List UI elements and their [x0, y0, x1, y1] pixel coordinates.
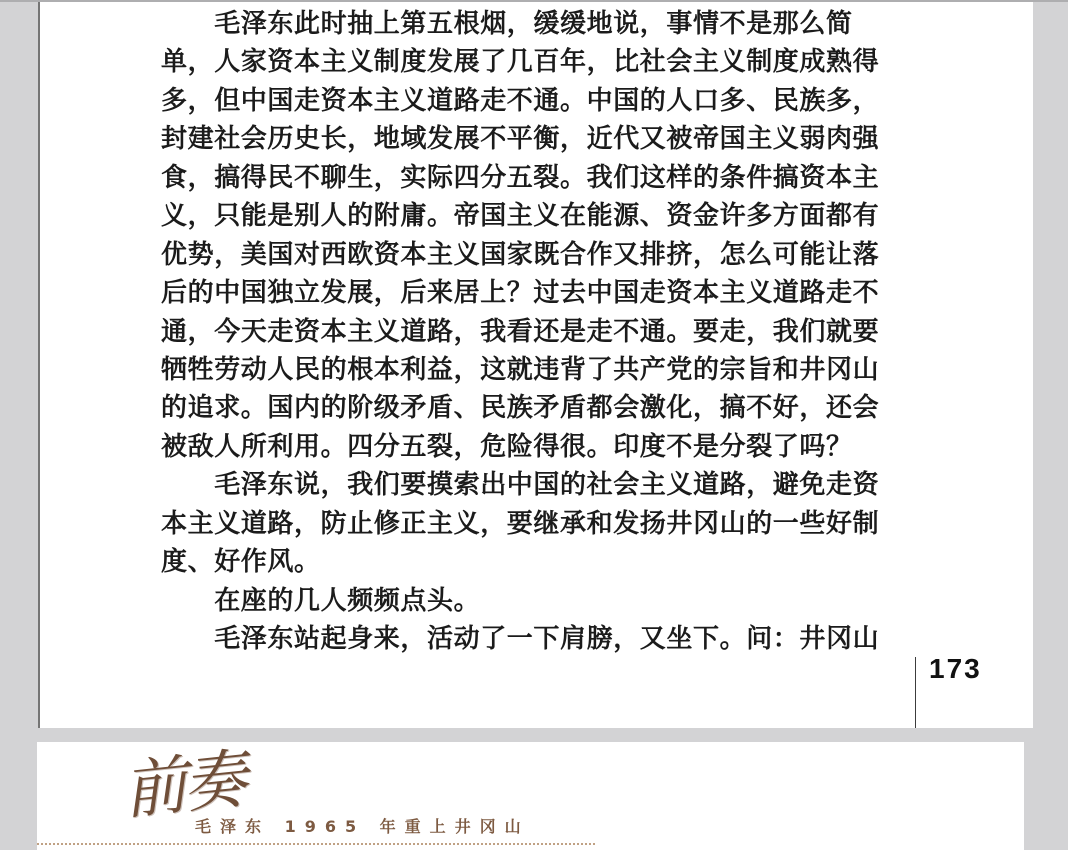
chapter-title-calligraphy: 前奏	[120, 748, 246, 824]
text-line: 牺牲劳动人民的根本利益，这就违背了共产党的宗旨和井冈山	[161, 351, 887, 389]
next-chapter-page-scan: 前奏 毛泽东 1965 年重上井冈山	[37, 742, 1024, 850]
text-line: 多，但中国走资本主义道路走不通。中国的人口多、民族多，	[161, 82, 887, 120]
text-line: 封建社会历史长，地域发展不平衡，近代又被帝国主义弱肉强	[161, 120, 887, 158]
page-number-rule	[915, 657, 916, 728]
text-line: 被敌人所利用。四分五裂，危险得很。印度不是分裂了吗？	[161, 428, 887, 466]
text-line: 度、好作风。	[161, 543, 887, 581]
text-line: 义，只能是别人的附庸。帝国主义在能源、资金许多方面都有	[161, 197, 887, 235]
text-line: 毛泽东说，我们要摸索出中国的社会主义道路，避免走资	[161, 466, 887, 504]
chapter-subtitle: 毛泽东 1965 年重上井冈山	[195, 814, 530, 837]
text-line: 食，搞得民不聊生，实际四分五裂。我们这样的条件搞资本主	[161, 159, 887, 197]
text-line: 在座的几人频频点头。	[161, 582, 887, 620]
book-page-scan: 毛泽东此时抽上第五根烟，缓缓地说，事情不是那么简 单，人家资本主义制度发展了几百…	[38, 2, 1033, 728]
text-line: 优势，美国对西欧资本主义国家既合作又排挤，怎么可能让落	[161, 236, 887, 274]
text-line: 单，人家资本主义制度发展了几百年，比社会主义制度成熟得	[161, 43, 887, 81]
body-text-block: 毛泽东此时抽上第五根烟，缓缓地说，事情不是那么简 单，人家资本主义制度发展了几百…	[161, 5, 887, 658]
text-line: 通，今天走资本主义道路，我看还是走不通。要走，我们就要	[161, 313, 887, 351]
page-number: 173	[929, 653, 982, 685]
text-line: 毛泽东站起身来，活动了一下肩膀，又坐下。问：井冈山	[161, 620, 887, 658]
text-line: 本主义道路，防止修正主义，要继承和发扬井冈山的一些好制	[161, 505, 887, 543]
text-line: 后的中国独立发展，后来居上？过去中国走资本主义道路走不	[161, 274, 887, 312]
text-line: 毛泽东此时抽上第五根烟，缓缓地说，事情不是那么简	[161, 5, 887, 43]
chapter-dotted-rule	[37, 843, 597, 845]
text-line: 的追求。国内的阶级矛盾、民族矛盾都会激化，搞不好，还会	[161, 389, 887, 427]
